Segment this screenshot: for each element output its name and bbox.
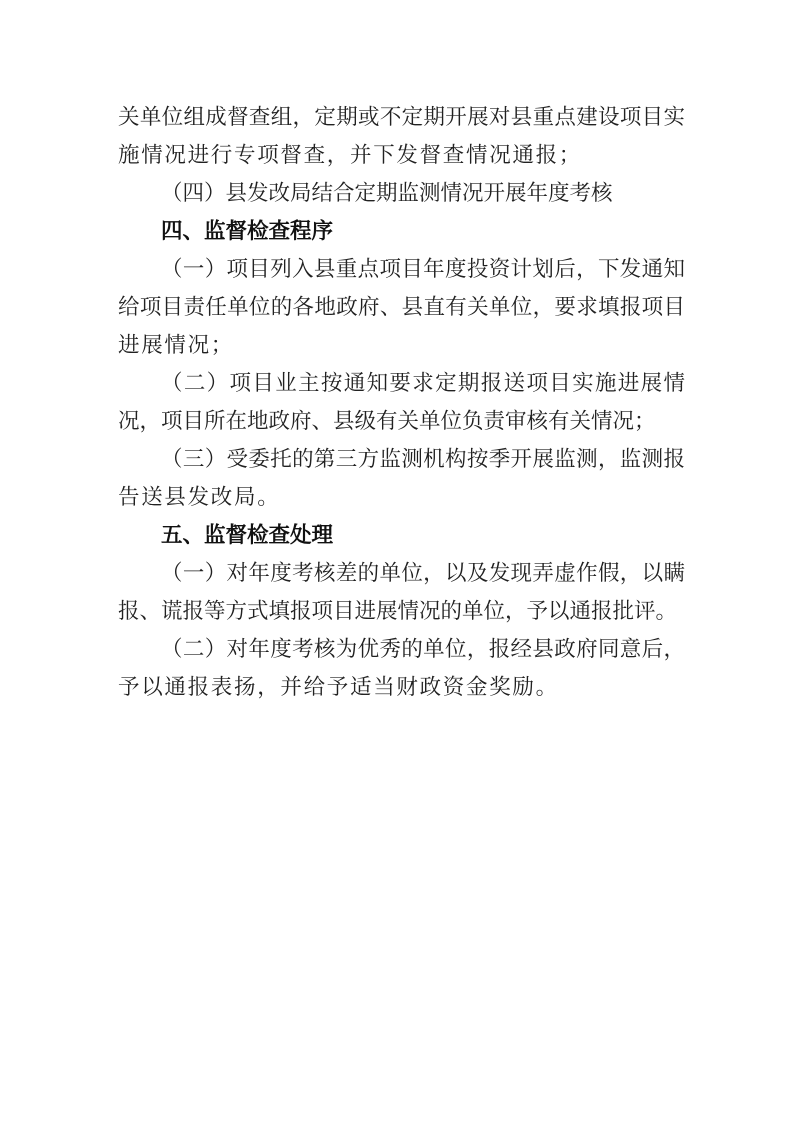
section-5-item-1-line-2: 报、谎报等方式填报项目进展情况的单位，予以通报批评。 [118, 593, 685, 631]
section-4-item-3-line-1: （三）受委托的第三方监测机构按季开展监测，监测报 [118, 441, 685, 479]
section-4-item-2-line-1: （二）项目业主按通知要求定期报送项目实施进展情 [118, 365, 685, 403]
section-5-heading: 五、监督检查处理 [118, 517, 685, 555]
section-5-item-2-line-1: （二）对年度考核为优秀的单位，报经县政府同意后， [118, 631, 685, 669]
section-4-item-1-line-3: 进展情况； [118, 327, 685, 365]
paragraph-continuation-end: 施情况进行专项督查，并下发督查情况通报； [118, 137, 685, 175]
section-4-item-1-line-1: （一）项目列入县重点项目年度投资计划后，下发通知 [118, 251, 685, 289]
section-4-item-2-line-2: 况，项目所在地政府、县级有关单位负责审核有关情况； [118, 403, 685, 441]
document-page: 关单位组成督查组，定期或不定期开展对县重点建设项目实 施情况进行专项督查，并下发… [0, 0, 793, 1122]
item-4-line: （四）县发改局结合定期监测情况开展年度考核 [118, 175, 685, 213]
section-4-heading: 四、监督检查程序 [118, 213, 685, 251]
section-5-item-2-line-2: 予以通报表扬，并给予适当财政资金奖励。 [118, 669, 685, 707]
section-4-item-1-line-2: 给项目责任单位的各地政府、县直有关单位，要求填报项目 [118, 289, 685, 327]
section-4-item-3-line-2: 告送县发改局。 [118, 479, 685, 517]
section-5-item-1-line-1: （一）对年度考核差的单位，以及发现弄虚作假，以瞒 [118, 555, 685, 593]
paragraph-continuation-line: 关单位组成督查组，定期或不定期开展对县重点建设项目实 [118, 99, 685, 137]
document-text-block: 关单位组成督查组，定期或不定期开展对县重点建设项目实 施情况进行专项督查，并下发… [118, 99, 685, 707]
